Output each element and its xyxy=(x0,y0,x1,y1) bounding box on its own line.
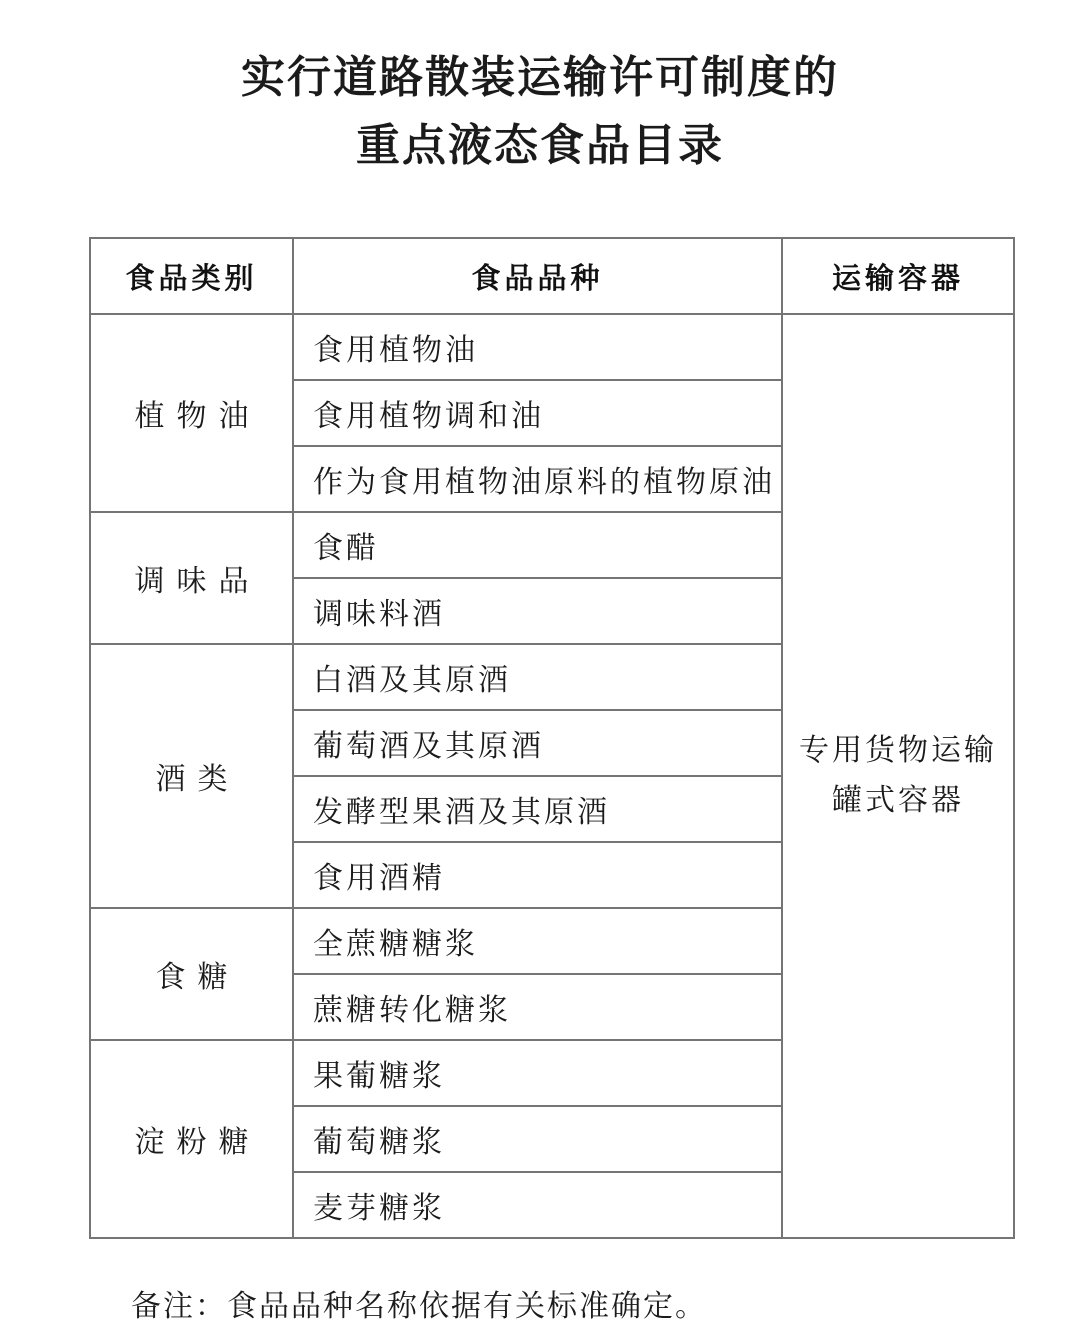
item-cell-baijiu: 白酒及其原酒 xyxy=(293,644,782,710)
table-header-row: 食品类别 食品品种 运输容器 xyxy=(90,238,1014,314)
item-cell-cane-syrup: 全蔗糖糖浆 xyxy=(293,908,782,974)
item-cell-blended-vegetable-oil: 食用植物调和油 xyxy=(293,380,782,446)
category-cell-condiments: 调味品 xyxy=(90,512,293,644)
container-text-line-1: 专用货物运输 xyxy=(783,726,1013,776)
item-cell-edible-vegetable-oil: 食用植物油 xyxy=(293,314,782,380)
item-cell-maltose-syrup: 麦芽糖浆 xyxy=(293,1172,782,1238)
item-cell-crude-vegetable-oil: 作为食用植物油原料的植物原油 xyxy=(293,446,782,512)
title-line-2: 重点液态食品目录 xyxy=(0,112,1080,180)
header-food-variety: 食品品种 xyxy=(293,238,782,314)
category-cell-starch-sugar: 淀粉糖 xyxy=(90,1040,293,1238)
title-line-1: 实行道路散装运输许可制度的 xyxy=(0,44,1080,112)
category-cell-alcohol: 酒类 xyxy=(90,644,293,908)
item-cell-cooking-wine: 调味料酒 xyxy=(293,578,782,644)
item-cell-fermented-fruit-wine: 发酵型果酒及其原酒 xyxy=(293,776,782,842)
document-page: 实行道路散装运输许可制度的 重点液态食品目录 食品类别 食品品种 运输容器 植物… xyxy=(0,0,1080,1342)
item-cell-edible-alcohol: 食用酒精 xyxy=(293,842,782,908)
footnote: 备注：食品品种名称依据有关标准确定。 xyxy=(131,1281,1080,1325)
item-cell-invert-syrup: 蔗糖转化糖浆 xyxy=(293,974,782,1040)
category-cell-vegetable-oil: 植物油 xyxy=(90,314,293,512)
container-cell-tank-container: 专用货物运输 罐式容器 xyxy=(782,314,1014,1238)
item-cell-grape-wine: 葡萄酒及其原酒 xyxy=(293,710,782,776)
category-cell-sugar: 食糖 xyxy=(90,908,293,1040)
header-food-category: 食品类别 xyxy=(90,238,293,314)
item-cell-fructose-syrup: 果葡糖浆 xyxy=(293,1040,782,1106)
table-row: 植物油 食用植物油 专用货物运输 罐式容器 xyxy=(90,314,1014,380)
header-transport-container: 运输容器 xyxy=(782,238,1014,314)
item-cell-glucose-syrup: 葡萄糖浆 xyxy=(293,1106,782,1172)
container-text-line-2: 罐式容器 xyxy=(783,776,1013,826)
liquid-food-catalog-table: 食品类别 食品品种 运输容器 植物油 食用植物油 专用货物运输 罐式容器 食用植… xyxy=(89,237,1015,1239)
page-title: 实行道路散装运输许可制度的 重点液态食品目录 xyxy=(0,0,1080,180)
item-cell-vinegar: 食醋 xyxy=(293,512,782,578)
